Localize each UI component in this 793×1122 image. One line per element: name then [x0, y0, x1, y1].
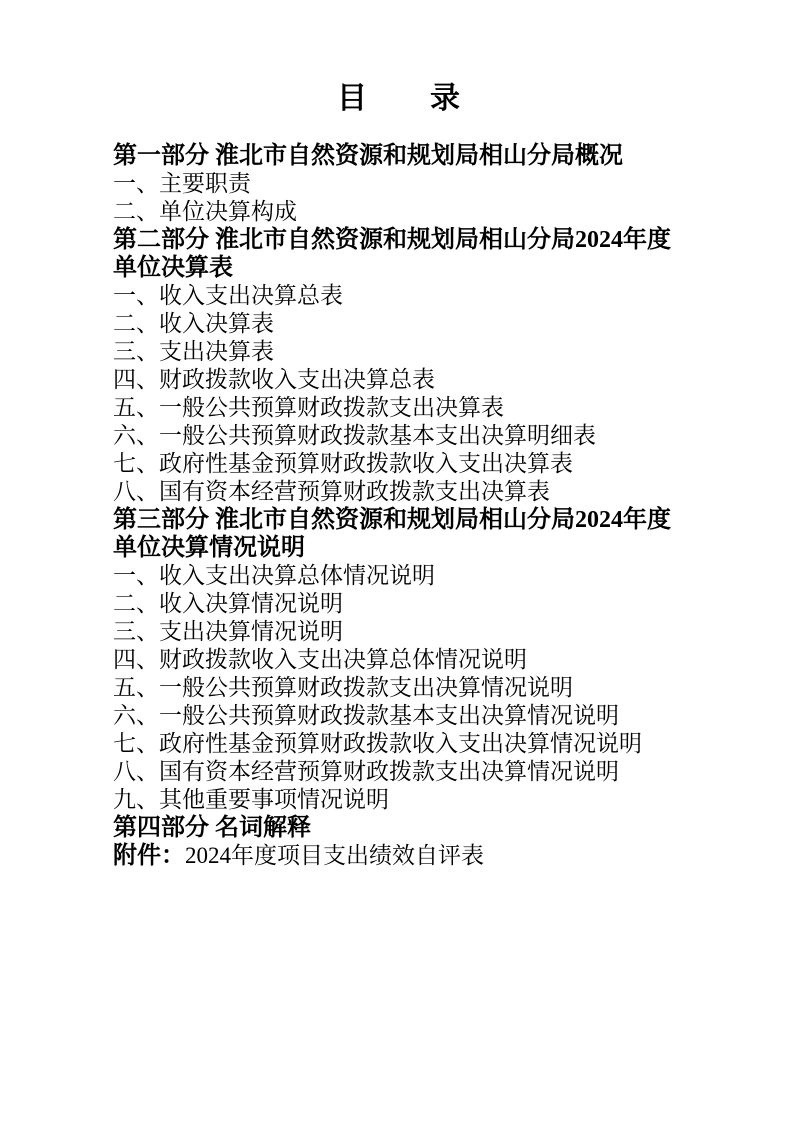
- toc-item: 一、收入支出决算总体情况说明: [113, 562, 685, 590]
- toc-item: 九、其他重要事项情况说明: [113, 786, 685, 814]
- toc-item: 七、政府性基金预算财政拨款收入支出决算表: [113, 450, 685, 478]
- toc-item: 二、收入决算表: [113, 310, 685, 338]
- document-page: 目 录 第一部分 淮北市自然资源和规划局相山分局概况 一、主要职责 二、单位决算…: [0, 0, 793, 1122]
- toc-item: 六、一般公共预算财政拨款基本支出决算情况说明: [113, 702, 685, 730]
- toc-item: 三、支出决算表: [113, 338, 685, 366]
- attachment-text: 2024年度项目支出绩效自评表: [185, 843, 484, 868]
- toc-item: 八、国有资本经营预算财政拨款支出决算情况说明: [113, 758, 685, 786]
- attachment-label: 附件：: [113, 843, 185, 869]
- toc-item: 四、财政拨款收入支出决算总表: [113, 366, 685, 394]
- section-heading-part2: 第二部分 淮北市自然资源和规划局相山分局2024年度单位决算表: [113, 226, 685, 282]
- toc-item: 六、一般公共预算财政拨款基本支出决算明细表: [113, 422, 685, 450]
- toc-item: 一、收入支出决算总表: [113, 282, 685, 310]
- toc-item: 二、单位决算构成: [113, 198, 685, 226]
- table-of-contents: 第一部分 淮北市自然资源和规划局相山分局概况 一、主要职责 二、单位决算构成 第…: [113, 142, 685, 870]
- toc-item: 一、主要职责: [113, 170, 685, 198]
- toc-item: 三、支出决算情况说明: [113, 618, 685, 646]
- toc-item: 二、收入决算情况说明: [113, 590, 685, 618]
- attachment-line: 附件：2024年度项目支出绩效自评表: [113, 842, 685, 870]
- toc-item: 五、一般公共预算财政拨款支出决算表: [113, 394, 685, 422]
- section-heading-part3: 第三部分 淮北市自然资源和规划局相山分局2024年度单位决算情况说明: [113, 506, 685, 562]
- toc-item: 五、一般公共预算财政拨款支出决算情况说明: [113, 674, 685, 702]
- page-title: 目 录: [113, 82, 685, 116]
- section-heading-part1: 第一部分 淮北市自然资源和规划局相山分局概况: [113, 142, 685, 170]
- toc-item: 八、国有资本经营预算财政拨款支出决算表: [113, 478, 685, 506]
- toc-item: 四、财政拨款收入支出决算总体情况说明: [113, 646, 685, 674]
- section-heading-part4: 第四部分 名词解释: [113, 814, 685, 842]
- toc-item: 七、政府性基金预算财政拨款收入支出决算情况说明: [113, 730, 685, 758]
